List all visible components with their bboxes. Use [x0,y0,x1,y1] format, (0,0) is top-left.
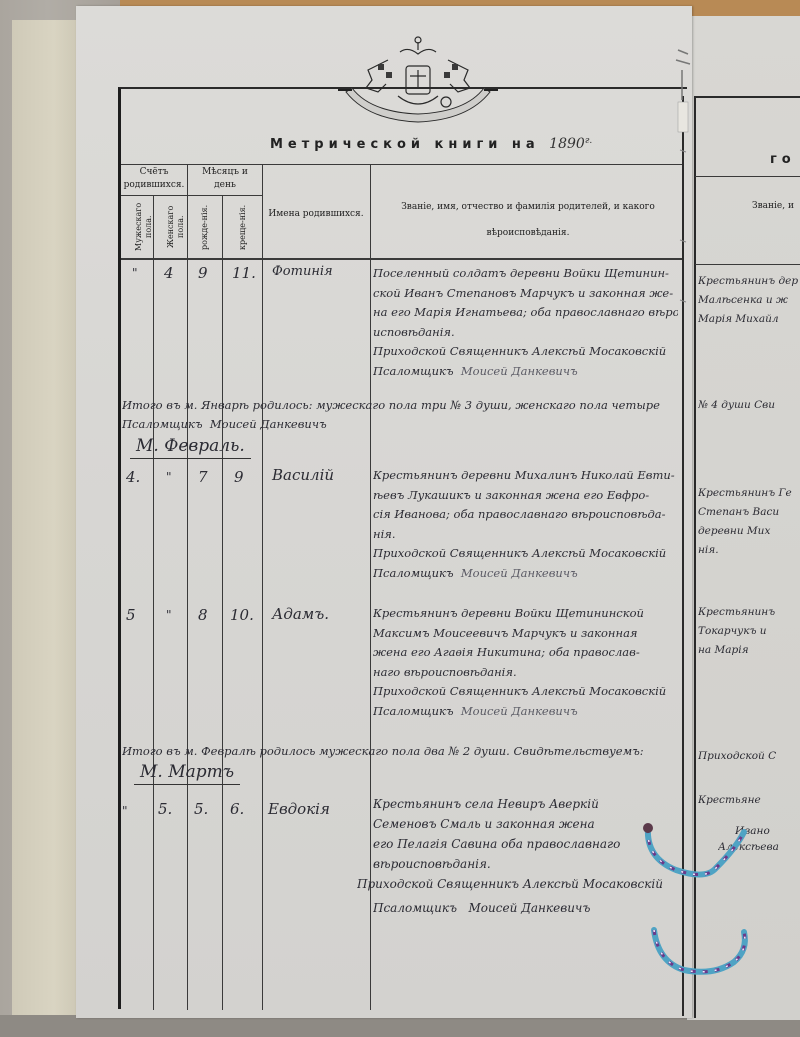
entry-parents: Крестьянинъ села Невиръ Аверкій Семеновъ… [373,794,678,918]
facing-line: Крестьянинъ [698,603,798,622]
entry-female-no: 5. [158,800,172,818]
parents-line: сія Иванова; оба православнаго вѣроиспов… [373,505,678,525]
facing-page-title: го [770,152,796,167]
facing-rule [695,264,800,265]
facing-line: Марія Михайл [698,310,798,329]
month-heading-march: М. Мартъ [134,762,240,785]
entry-born: 9 [198,264,208,282]
entry-baptized: 10. [230,606,254,624]
col-divider [262,164,263,1010]
col-header-male: Мужескаго пола. [134,200,154,254]
entry-child-name: Фотинія [272,264,333,279]
parents-line: наго вѣроисповѣданія. [373,663,678,683]
facing-line: Крестьянинъ Ге [698,484,798,503]
parents-line: ѣевъ Лукашикъ и законная жена его Евфро- [373,486,678,506]
entry-male-no: " [132,266,138,280]
clerk-signature: Псаломщикъ Моисей Данкевичъ [373,564,678,584]
col-header-month-day: Мѣсяцъ и день [190,166,260,192]
entry-baptized: 6. [230,800,244,818]
col-divider [187,164,188,1010]
february-summary: Итого въ м. Февралѣ родилось мужескаго п… [122,742,682,761]
binding-thread-upper [636,818,756,888]
entry-child-name: Адамъ. [272,605,329,623]
facing-line: нія. [698,541,798,560]
parents-line: исповѣданія. [373,323,678,343]
binding-thread-lower [644,922,764,982]
imperial-eagle-emblem [338,30,498,130]
entry-parents: Поселенный солдатъ деревни Войки Щетинин… [373,264,678,381]
facing-line: Приходской С [698,747,798,766]
parents-line: жена его Агаѳія Никитина; оба православ- [373,643,678,663]
col-header-born: рожде-нія. [200,200,210,254]
entry-baptized: 11. [232,264,256,282]
entry-child-name: Василій [272,466,334,484]
clerk-name: Моисей Данкевичъ [461,704,578,718]
facing-line: деревни Мих [698,522,798,541]
clerk-title: Псаломщикъ [373,364,454,378]
facing-line: Крестьяне [698,791,798,810]
clerk-name: Моисей Данкевичъ [469,901,591,915]
col-header-parents: Званіе, имя, отчество и фамилія родителе… [388,194,668,246]
header-mid-rule [121,195,263,196]
clerk-title: Псаломщикъ [373,901,457,915]
entry-male-no: 5 [126,606,136,624]
priest-signature: Приходской Священникъ Алексѣй Мосаковскі… [373,682,678,702]
month-heading-february: М. Февраль. [130,436,251,459]
entry-female-no: " [166,608,172,622]
parents-line: Семеновъ Смаль и законная жена [373,814,678,834]
facing-line: на Марія [698,641,798,660]
col-divider [153,195,154,1010]
clerk-signature: Псаломщикъ Моисей Данкевичъ [373,362,678,382]
parents-line: ской Иванъ Степановъ Марчукъ и законная … [373,284,678,304]
parents-line: вѣроисповѣданія. [373,854,678,874]
parents-line: Максимъ Моисеевичъ Марчукъ и законная [373,624,678,644]
header-bottom-rule [121,258,682,260]
parents-line: Крестьянинъ села Невиръ Аверкій [373,794,678,814]
priest-signature: Приходской Священникъ Алексѣй Мосаковскі… [357,874,678,894]
parents-line: его Пелагія Савина оба православнаго [373,834,678,854]
entry-baptized: 9 [234,468,244,486]
binding-tape [12,20,83,1020]
entry-male-no: 4. [126,468,140,486]
page-title-year-suffix: г. [585,136,592,146]
facing-line: Малѣсенка и ж [698,291,798,310]
facing-line: Степанъ Васи [698,503,798,522]
january-summary: Итого въ м. Январѣ родилось: мужескаго п… [122,396,682,434]
col-header-birth-count: Счётъ родившихся. [122,166,186,192]
summary-clerk-title: Псаломщикъ [122,417,203,431]
priest-signature: Приходской Священникъ Алексѣй Мосаковскі… [373,544,678,564]
clerk-title: Псаломщикъ [373,704,454,718]
entry-child-name: Евдокія [268,800,330,818]
entry-parents: Крестьянинъ деревни Войки Щетининской Ма… [373,604,678,721]
parents-line: на его Марія Игнатьева; оба православнаг… [373,303,678,323]
parents-line: нія. [373,525,678,545]
facing-line: Токарчукъ и [698,622,798,641]
page-title: Метрической книги на 1890г. [270,136,592,152]
entry-parents: Крестьянинъ деревни Михалинъ Николай Евт… [373,466,678,583]
col-divider [222,195,223,1010]
facing-rule [695,176,800,177]
col-header-female: Женскаго пола. [166,200,186,254]
entry-male-no: " [122,804,128,818]
table-surface [0,1015,800,1037]
summary-clerk-name: Моисей Данкевичъ [210,417,327,431]
facing-col-parents-header: Званіе, и [752,200,794,213]
col-header-name: Имена родившихся. [264,208,368,221]
facing-line: № 4 души Сви [698,396,798,415]
clerk-title: Псаломщикъ [373,566,454,580]
parents-line: Поселенный солдатъ деревни Войки Щетинин… [373,264,678,284]
page-title-year: 1890 [549,136,585,152]
parents-line: Крестьянинъ деревни Войки Щетининской [373,604,678,624]
summary-line: Псаломщикъ Моисей Данкевичъ [122,415,682,434]
parents-line: Крестьянинъ деревни Михалинъ Николай Евт… [373,466,678,486]
entry-born: 7 [198,468,208,486]
entry-born: 8 [198,606,208,624]
clerk-name: Моисей Данкевичъ [461,566,578,580]
col-header-baptized: креще-нія. [238,200,248,254]
header-top-rule [121,164,682,165]
facing-line: Крестьянинъ деревни [698,272,798,291]
summary-line: Итого въ м. Январѣ родилось: мужескаго п… [122,396,682,415]
entry-female-no: " [166,470,172,484]
entry-female-no: 4 [164,264,174,282]
entry-born: 5. [194,800,208,818]
clerk-name: Моисей Данкевичъ [461,364,578,378]
clerk-signature: Псаломщикъ Моисей Данкевичъ [373,702,678,722]
priest-signature: Приходской Священникъ Алексѣй Мосаковскі… [373,342,678,362]
page-title-text: Метрической книги на [270,137,540,152]
clerk-signature: Псаломщикъ Моисей Данкевичъ [373,898,678,918]
